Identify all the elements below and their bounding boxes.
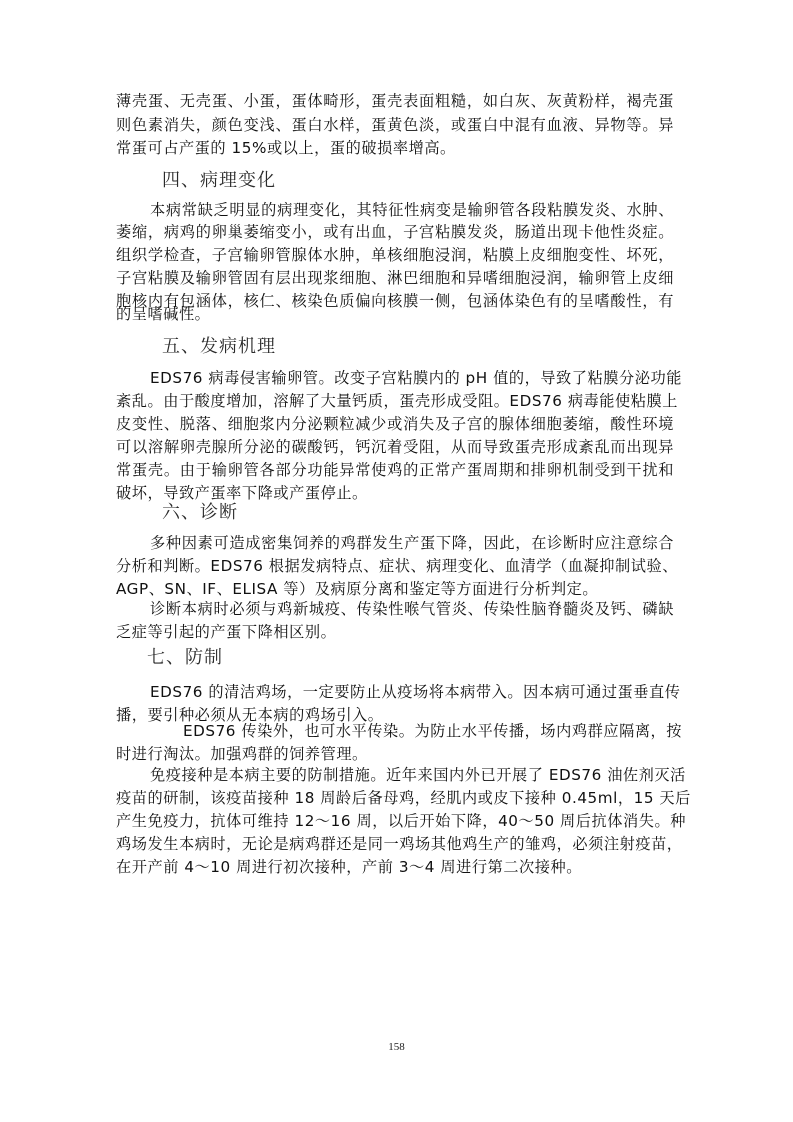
text-line: 本病常缺乏明显的病理变化，其特征性病变是输卵管各段粘膜发炎、水肿、 xyxy=(150,199,674,221)
text-line: 诊断本病时必须与鸡新城疫、传染性喉气管炎、传染性脑脊髓炎及钙、磷缺 xyxy=(150,598,674,620)
text-line: 常蛋可占产蛋的 15%或以上，蛋的破损率增高。 xyxy=(116,137,674,159)
text-line: 萎缩，病鸡的卵巢萎缩变小，或有出血，子宫粘膜发炎，肠道出现卡他性炎症。 xyxy=(116,221,674,243)
text-line: 乏症等引起的产蛋下降相区别。 xyxy=(116,621,674,643)
text-line: 皮变性、脱落、细胞浆内分泌颗粒减少或消失及子宫的腺体细胞萎缩，酸性环境 xyxy=(116,413,674,435)
text-line: 的呈嗜碱性。 xyxy=(116,303,674,325)
text-line: EDS76 的清洁鸡场，一定要防止从疫场将本病带入。因本病可通过蛋垂直传 xyxy=(150,681,674,703)
text-line: 则色素消失，颜色变浅、蛋白水样，蛋黄色淡，或蛋白中混有血液、异物等。异 xyxy=(116,114,674,136)
text-line: 多种因素可造成密集饲养的鸡群发生产蛋下降，因此，在诊断时应注意综合 xyxy=(150,532,674,554)
text-line: 可以溶解卵壳腺所分泌的碳酸钙，钙沉着受阻，从而导致蛋壳形成紊乱而出现异 xyxy=(116,436,674,458)
text-line: 组织学检查，子宫输卵管腺体水肿，单核细胞浸润，粘膜上皮细胞变性、坏死， xyxy=(116,244,674,266)
text-line: 时进行淘汰。加强鸡群的饲养管理。 xyxy=(116,743,674,765)
text-line: 鸡场发生本病时，无论是病鸡群还是同一鸡场其他鸡生产的雏鸡，必须注射疫苗， xyxy=(116,833,674,855)
text-line: 产生免疫力，抗体可维持 12～16 周，以后开始下降，40～50 周后抗体消失。… xyxy=(116,810,674,832)
section-heading: 五、发病机理 xyxy=(162,334,276,360)
document-page: 158 薄壳蛋、无壳蛋、小蛋，蛋体畸形，蛋壳表面粗糙，如白灰、灰黄粉样，褐壳蛋则… xyxy=(0,0,793,1122)
text-line: 免疫接种是本病主要的防制措施。近年来国内外已开展了 EDS76 油佐剂灭活 xyxy=(150,764,674,786)
text-line: 常蛋壳。由于输卵管各部分功能异常使鸡的正常产蛋周期和排卵机制受到干扰和 xyxy=(116,459,674,481)
text-line: EDS76 传染外，也可水平传染。为防止水平传播，场内鸡群应隔离，按 xyxy=(183,720,674,742)
section-heading: 七、防制 xyxy=(147,645,223,671)
text-line: 紊乱。由于酸度增加，溶解了大量钙质，蛋壳形成受阻。EDS76 病毒能使粘膜上 xyxy=(116,390,674,412)
text-line: 子宫粘膜及输卵管固有层出现浆细胞、淋巴细胞和异嗜细胞浸润，输卵管上皮细 xyxy=(116,267,674,289)
page-number: 158 xyxy=(0,1041,793,1053)
text-line: 分析和判断。EDS76 根据发病特点、症状、病理变化、血清学（血凝抑制试验、 xyxy=(116,555,674,577)
section-heading: 六、诊断 xyxy=(162,500,238,526)
text-line: 在开产前 4～10 周进行初次接种，产前 3～4 周进行第二次接种。 xyxy=(116,856,674,878)
text-line: AGP、SN、IF、ELISA 等）及病原分离和鉴定等方面进行分析判定。 xyxy=(116,578,674,600)
text-line: EDS76 病毒侵害输卵管。改变子宫粘膜内的 pH 值的，导致了粘膜分泌功能 xyxy=(150,367,674,389)
text-line: 疫苗的研制，该疫苗接种 18 周龄后备母鸡，经肌内或皮下接种 0.45ml，15… xyxy=(116,787,674,809)
section-heading: 四、病理变化 xyxy=(162,168,276,194)
text-line: 薄壳蛋、无壳蛋、小蛋，蛋体畸形，蛋壳表面粗糙，如白灰、灰黄粉样，褐壳蛋 xyxy=(116,90,674,112)
